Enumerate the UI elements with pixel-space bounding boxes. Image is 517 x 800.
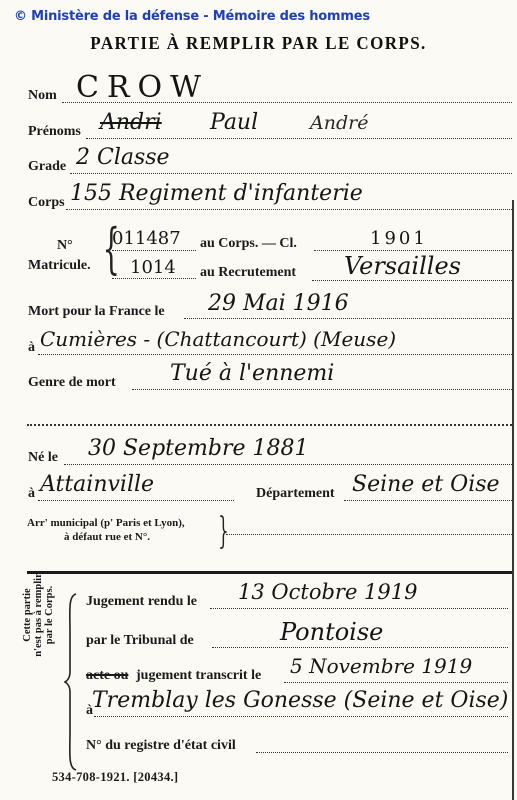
nom-label: Nom	[28, 88, 57, 104]
transcrit-label: jugement transcrit le	[136, 668, 261, 684]
matricule-recrutement-dotted-line	[112, 278, 196, 279]
jugement-lieu-value: Tremblay les Gonesse (Seine et Oise)	[92, 688, 508, 713]
naissance-dotted-line	[64, 464, 512, 465]
matricule-label-bottom: Matricule.	[28, 258, 91, 274]
departement-value: Seine et Oise	[352, 472, 500, 497]
copyright-watermark: © Ministère de la défense - Mémoire des …	[14, 9, 370, 24]
prenoms-extra-value: André	[310, 112, 368, 134]
nom-value: CROW	[76, 70, 209, 105]
matricule-corps-number: 011487	[112, 228, 181, 249]
grade-value: 2 Classe	[76, 145, 170, 170]
lieu-naissance-dotted-line	[38, 500, 234, 501]
section-divider-dotted	[27, 424, 512, 426]
arrondissement-label-line2: à défaut rue et N°.	[64, 531, 150, 543]
naissance-value: 30 Septembre 1881	[88, 436, 308, 461]
prenoms-struck-value: Andri	[100, 110, 162, 135]
jugement-lieu-dotted-line	[94, 716, 508, 717]
side-note-line-2: n'est pas à remplir	[33, 550, 44, 680]
arrondissement-dotted-line	[226, 534, 512, 535]
prenoms-dotted-line	[86, 138, 512, 139]
genre-mort-dotted-line	[132, 389, 512, 390]
arrondissement-brace: }	[218, 514, 228, 550]
lieu-naissance-value: Attainville	[40, 472, 154, 497]
mort-label: Mort pour la France le	[28, 304, 165, 320]
genre-mort-label: Genre de mort	[28, 375, 116, 391]
jugement-rendu-label: Jugement rendu le	[86, 594, 197, 610]
tribunal-label: par le Tribunal de	[86, 633, 194, 649]
matricule-corps-label: au Corps. — Cl.	[200, 236, 297, 252]
jugement-brace	[64, 592, 78, 772]
jugement-side-note: Cette partie n'est pas à remplir par le …	[22, 550, 55, 680]
arrondissement-label-line1: Arr' municipal (p' Paris et Lyon),	[27, 517, 185, 529]
matricule-label-top: N°	[57, 238, 73, 254]
prenoms-value: Paul	[210, 110, 258, 135]
lieu-naissance-label: à	[28, 486, 35, 502]
matricule-recrutement-number: 1014	[130, 257, 176, 278]
recrutement-value: Versailles	[344, 252, 461, 280]
classe-value: 1901	[370, 228, 428, 249]
jugement-rendu-value: 13 Octobre 1919	[238, 580, 417, 604]
corps-value: 155 Regiment d'infanterie	[70, 181, 363, 206]
form-title: PARTIE À REMPLIR PAR LE CORPS.	[0, 34, 517, 55]
matricule-recrutement-label: au Recrutement	[200, 265, 296, 281]
departement-dotted-line	[344, 500, 512, 501]
mort-dotted-line	[184, 318, 512, 319]
genre-mort-value: Tué à l'ennemi	[170, 361, 334, 386]
registre-dotted-line	[256, 752, 508, 753]
transcrit-struck-label: acte ou	[86, 668, 128, 684]
section-divider-thick	[27, 571, 512, 574]
transcrit-dotted-line	[284, 682, 508, 683]
mort-value: 29 Mai 1916	[208, 291, 349, 316]
side-note-line-1: Cette partie	[22, 550, 33, 680]
tribunal-dotted-line	[212, 647, 508, 648]
lieu-mort-dotted-line	[38, 354, 512, 355]
grade-dotted-line	[70, 173, 512, 174]
recrutement-dotted-line	[312, 280, 512, 281]
right-border-rule	[512, 200, 514, 800]
side-note-line-3: par le Corps.	[44, 550, 55, 680]
lieu-mort-label: à	[28, 340, 35, 356]
classe-dotted-line	[314, 250, 512, 251]
corps-label: Corps	[28, 195, 65, 211]
transcrit-value: 5 Novembre 1919	[290, 654, 472, 678]
tribunal-value: Pontoise	[280, 618, 383, 646]
naissance-label: Né le	[28, 450, 58, 466]
departement-label: Département	[256, 486, 335, 502]
prenoms-label: Prénoms	[28, 124, 81, 140]
matricule-corps-dotted-line	[112, 250, 196, 251]
print-reference-footer: 534-708-1921. [20434.]	[52, 770, 178, 785]
lieu-mort-value: Cumières - (Chattancourt) (Meuse)	[40, 327, 396, 351]
grade-label: Grade	[28, 159, 66, 175]
registre-label: N° du registre d'état civil	[86, 738, 236, 754]
jugement-rendu-dotted-line	[210, 608, 508, 609]
corps-dotted-line	[66, 209, 512, 210]
